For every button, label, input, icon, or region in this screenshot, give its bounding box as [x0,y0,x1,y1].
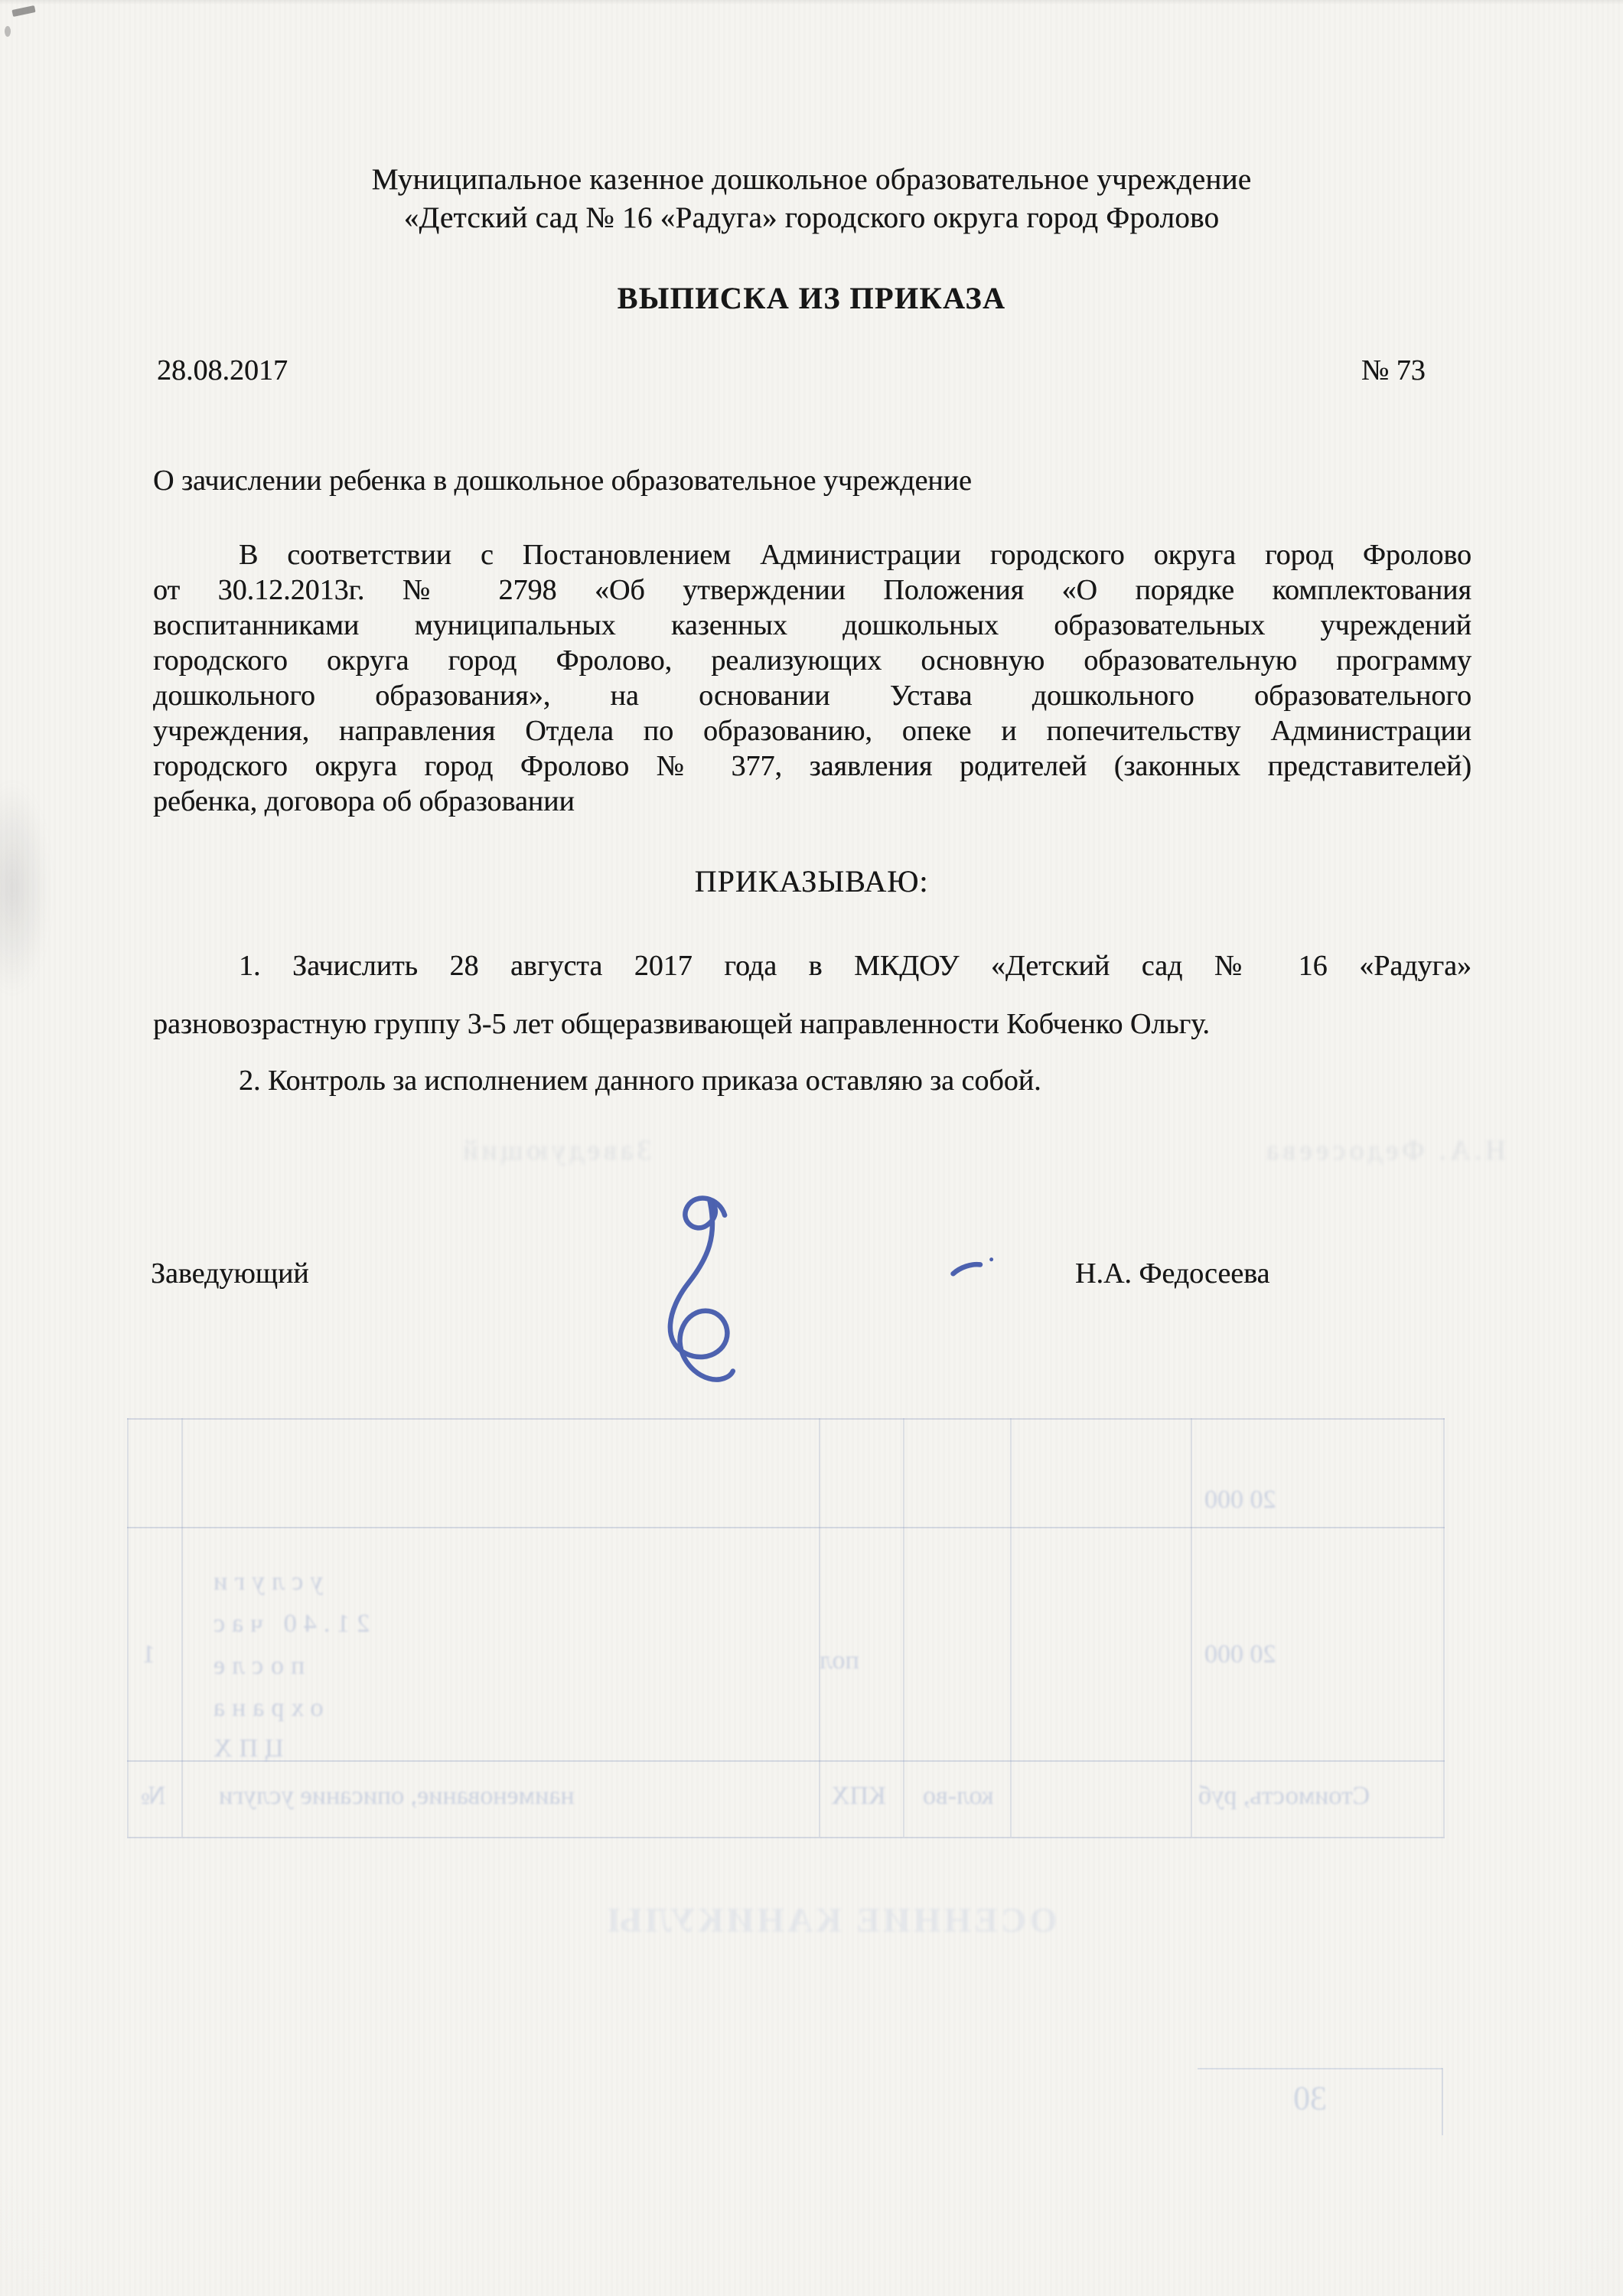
bleed-cell-desc: 21.40 час [207,1609,370,1639]
scan-speck [5,26,11,37]
bleed-table-border [127,1418,1445,1420]
org-name-line1: Муниципальное казенное дошкольное образо… [0,162,1623,197]
bleed-table-border [127,1837,1445,1838]
bleed-cell-desc: услуги [207,1567,323,1596]
bleed-table-border [1443,1418,1445,1837]
bleed-table-border [1010,1418,1012,1837]
org-name-line2: «Детский сад № 16 «Радуга» городского ок… [0,201,1623,235]
bleedthrough-title: ОСЕННИЕ КАНИКУЛЫ [605,1900,1057,1940]
scan-speck [11,5,35,17]
bleed-header-cell: Стоимость, руб [1198,1782,1370,1811]
signer-name: Н.А. Федосеева [1075,1257,1269,1290]
order-item-1-line-2: разновозрастную группу 3-5 лет общеразви… [153,1007,1471,1041]
body-line: воспитанниками муниципальных казенных до… [153,608,1471,643]
bleed-cell-desc: ЦПХ [207,1734,284,1763]
bleedthrough-table: 20 000 1 услуги 21.40 час после охрана Ц… [127,1418,1445,1838]
scan-edge-shadow [0,0,1623,5]
body-line: дошкольного образования», на основании У… [153,678,1471,713]
bleed-header-cell: кол-во [923,1782,993,1811]
bleed-header-cell: № [141,1782,165,1811]
signer-position: Заведующий [151,1257,309,1290]
bleedthrough-line [1198,2068,1442,2069]
decree-word: ПРИКАЗЫВАЮ: [0,863,1623,899]
bleedthrough-number: 30 [1293,2079,1327,2118]
bleed-cell-rowno: 1 [142,1640,155,1669]
body-line: городского округа город Фролово № 377, з… [153,748,1471,784]
bleed-table-border [127,1418,129,1837]
body-line: учреждения, направления Отдела по образо… [153,713,1471,748]
document-page: 20 000 1 услуги 21.40 час после охрана Ц… [0,0,1623,2296]
body-line: городского округа город Фролово, реализу… [153,643,1471,678]
order-item-1-line-1: 1. Зачислить 28 августа 2017 года в МКДО… [153,949,1471,983]
bleed-cell-desc: после [207,1652,305,1681]
bleedthrough-line [1442,2068,1443,2135]
bleed-header-cell: наименование, описание услуги [219,1782,575,1811]
bleed-cell-desc: охрана [207,1694,324,1723]
body-line: от 30.12.2013г. № 2798 «Об утверждении П… [153,572,1471,608]
bleed-table-border [903,1418,904,1837]
bleed-header-cell: КПХ [831,1782,886,1811]
subject-line: О зачислении ребенка в дошкольное образо… [153,464,972,497]
bleed-table-border [1191,1418,1192,1837]
bleed-table-border [127,1527,1445,1528]
bleedthrough-smudge-right: Н.А. Федосеева [1263,1134,1506,1167]
document-number: № 73 [1361,354,1426,387]
bleed-cell-unit: пол [820,1646,859,1675]
body-line: ребенка, договора об образовании [153,784,1471,819]
bleed-cell-price: 20 000 [1204,1640,1276,1669]
bleed-table-border [819,1418,820,1837]
bleedthrough-smudge-left: Заведующий [459,1134,651,1167]
order-item-2: 2. Контроль за исполнением данного прика… [153,1064,1471,1097]
bleed-table-border [181,1418,183,1837]
signature-ink [608,1175,1015,1394]
body-paragraph: В соответствии с Постановлением Админист… [153,537,1471,819]
body-line: В соответствии с Постановлением Админист… [153,537,1471,572]
document-type-title: ВЫПИСКА ИЗ ПРИКАЗА [0,280,1623,316]
document-date: 28.08.2017 [157,354,288,387]
bleed-cell-price: 20 000 [1204,1486,1276,1515]
bleed-table-border [127,1760,1445,1762]
